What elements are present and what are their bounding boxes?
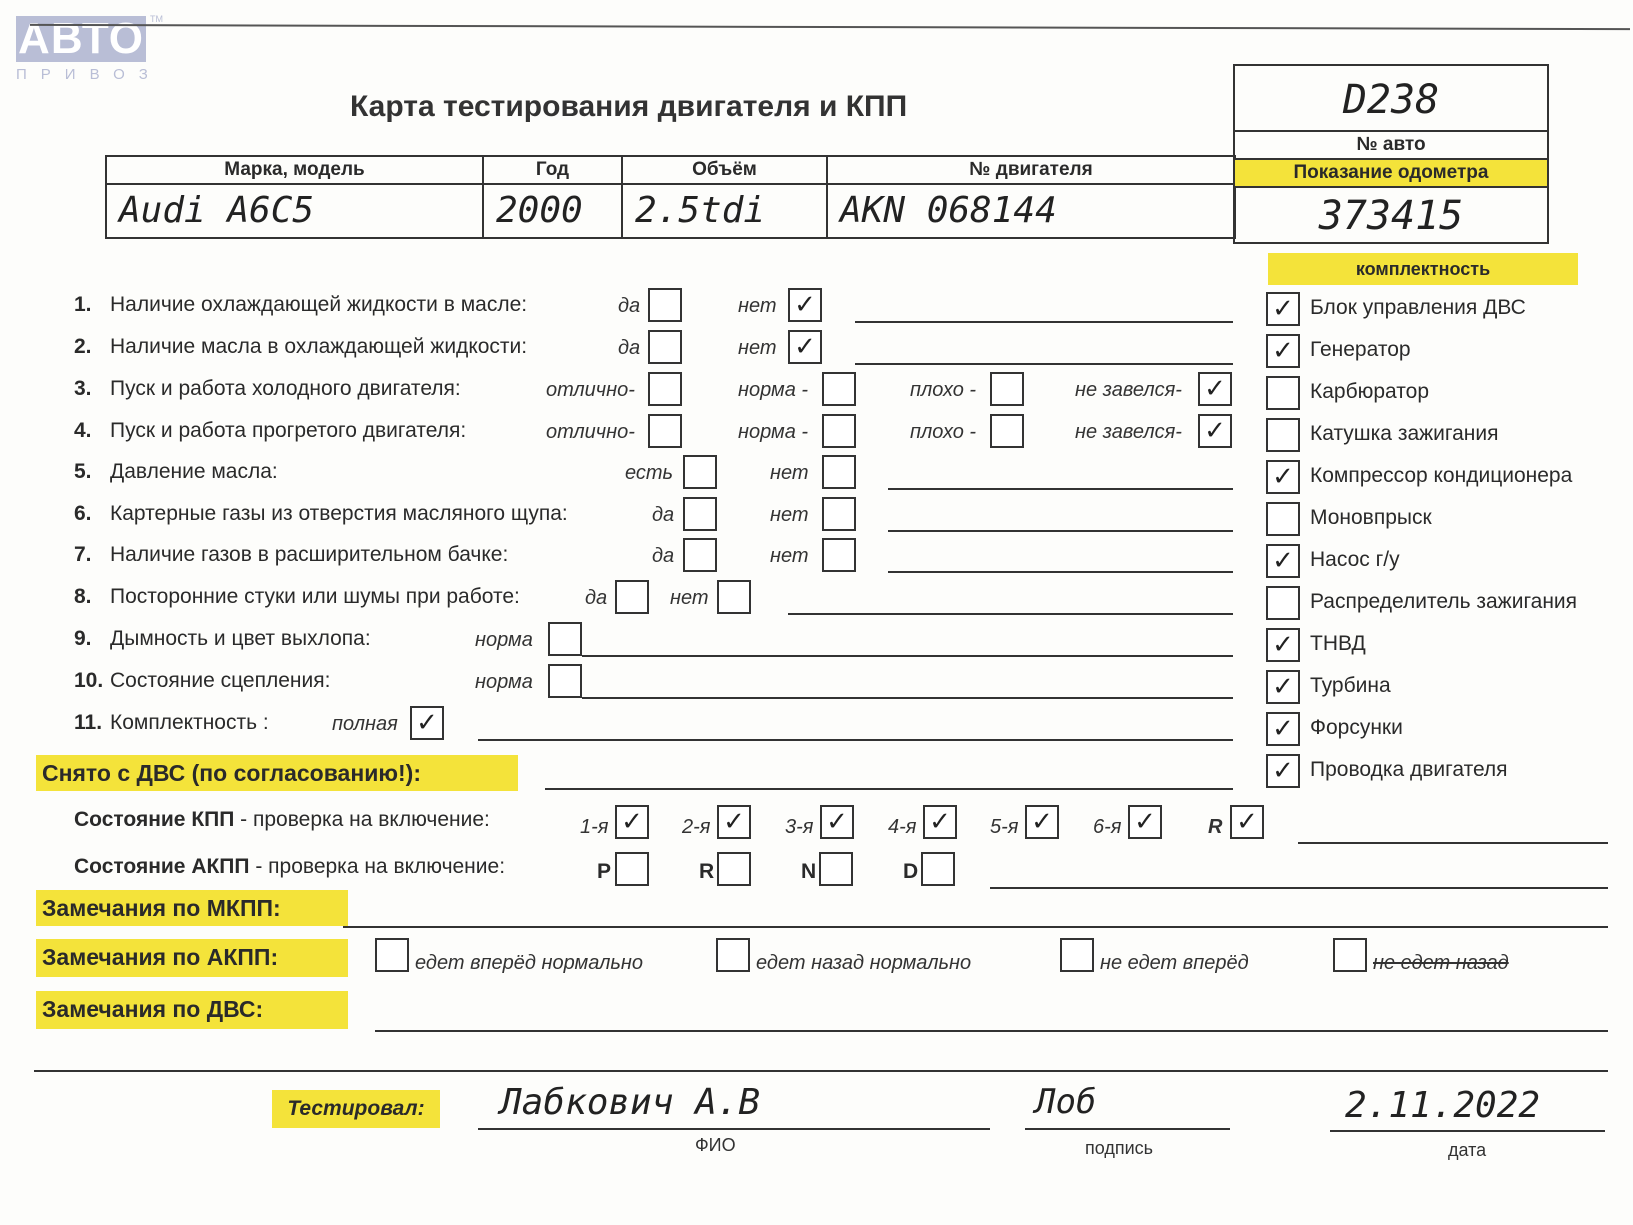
completeness-checkbox[interactable] bbox=[1266, 376, 1300, 410]
option-checkbox[interactable] bbox=[548, 664, 582, 698]
completeness-checkbox[interactable]: ✓ bbox=[1266, 334, 1300, 368]
gear-checkbox[interactable]: ✓ bbox=[923, 805, 957, 839]
option-label: не завелся- bbox=[1075, 379, 1182, 402]
completeness-item-label: Карбюратор bbox=[1310, 380, 1429, 404]
manual-remarks-label: Замечания по МКПП: bbox=[36, 890, 348, 926]
option-checkbox[interactable]: ✓ bbox=[1198, 372, 1232, 406]
extra-remarks-line[interactable] bbox=[34, 1070, 1608, 1072]
option-label: не завелся- bbox=[1075, 421, 1182, 444]
question-number: 10. bbox=[74, 669, 103, 693]
mode-checkbox[interactable] bbox=[819, 852, 853, 886]
gear-label: R bbox=[1208, 816, 1222, 839]
odometer-field[interactable]: 373415 bbox=[1235, 188, 1547, 244]
auto-gearbox-label-rest: - проверка на включение: bbox=[250, 855, 506, 878]
question-number: 5. bbox=[74, 460, 92, 484]
completeness-item-label: Моновпрыск bbox=[1310, 506, 1432, 530]
question-text: Пуск и работа холодного двигателя: bbox=[110, 377, 461, 401]
option-label: норма bbox=[475, 629, 533, 652]
completeness-checkbox[interactable] bbox=[1266, 418, 1300, 452]
gear-checkbox[interactable]: ✓ bbox=[1230, 805, 1264, 839]
option-checkbox[interactable] bbox=[822, 497, 856, 531]
completeness-checkbox[interactable]: ✓ bbox=[1266, 292, 1300, 326]
option-checkbox[interactable] bbox=[822, 414, 856, 448]
option-label: отлично- bbox=[546, 379, 635, 402]
manual-gearbox-line[interactable] bbox=[1298, 842, 1608, 844]
option-label: норма bbox=[475, 671, 533, 694]
signature-field[interactable]: Лоб bbox=[1035, 1082, 1096, 1122]
header-volume: Объём bbox=[623, 157, 826, 185]
question-notes-line[interactable] bbox=[888, 571, 1233, 573]
question-notes-line[interactable] bbox=[888, 530, 1233, 532]
option-checkbox[interactable] bbox=[990, 414, 1024, 448]
question-number: 1. bbox=[74, 293, 92, 317]
completeness-checkbox[interactable] bbox=[1266, 502, 1300, 536]
option-checkbox[interactable] bbox=[717, 580, 751, 614]
auto-remark-checkbox[interactable] bbox=[375, 938, 409, 972]
question-notes-line[interactable] bbox=[855, 363, 1233, 365]
removed-from-engine-label: Снято с ДВС (по согласованию!): bbox=[36, 755, 518, 791]
option-label: нет bbox=[770, 504, 809, 527]
removed-from-engine-line[interactable] bbox=[545, 788, 1233, 790]
completeness-item-label: Насос г/у bbox=[1310, 548, 1400, 572]
completeness-checkbox[interactable]: ✓ bbox=[1266, 544, 1300, 578]
tested-by-label: Тестировал: bbox=[272, 1090, 440, 1128]
question-notes-line[interactable] bbox=[582, 655, 1233, 657]
tester-name-caption: ФИО bbox=[695, 1135, 736, 1156]
option-label: плохо - bbox=[910, 379, 976, 402]
auto-remark-checkbox[interactable] bbox=[1333, 938, 1367, 972]
completeness-item-label: Проводка двигателя bbox=[1310, 758, 1508, 782]
gear-label: 2-я bbox=[682, 816, 710, 839]
option-checkbox[interactable] bbox=[683, 455, 717, 489]
manual-remarks-line[interactable] bbox=[343, 926, 1608, 928]
question-text: Наличие масла в охлаждающей жидкости: bbox=[110, 335, 527, 359]
completeness-item-label: ТНВД bbox=[1310, 632, 1366, 656]
mode-label: N bbox=[801, 860, 816, 884]
auto-remark-label: не едет назад bbox=[1373, 952, 1509, 975]
question-number: 11. bbox=[74, 711, 102, 735]
option-label: нет bbox=[770, 545, 809, 568]
option-label: норма - bbox=[738, 379, 808, 402]
header-engine-number: № двигателя bbox=[828, 157, 1234, 185]
col-engine-number: № двигателя AKN 068144 bbox=[828, 157, 1234, 237]
auto-remarks-label: Замечания по АКПП: bbox=[36, 939, 348, 977]
option-checkbox[interactable] bbox=[683, 497, 717, 531]
question-number: 9. bbox=[74, 627, 92, 651]
option-label: отлично- bbox=[546, 421, 635, 444]
completeness-item-label: Распределитель зажигания bbox=[1310, 590, 1577, 614]
option-label: да bbox=[652, 504, 674, 527]
option-checkbox[interactable] bbox=[822, 538, 856, 572]
engine-remarks-line[interactable] bbox=[375, 1030, 1608, 1032]
question-number: 2. bbox=[74, 335, 92, 359]
option-label: норма - bbox=[738, 421, 808, 444]
completeness-item-label: Катушка зажигания bbox=[1310, 422, 1498, 446]
question-number: 8. bbox=[74, 585, 92, 609]
question-notes-line[interactable] bbox=[888, 488, 1233, 490]
option-label: нет bbox=[738, 337, 777, 360]
mode-label: R bbox=[699, 860, 714, 884]
completeness-item-label: Форсунки bbox=[1310, 716, 1403, 740]
option-checkbox[interactable] bbox=[648, 288, 682, 322]
question-number: 4. bbox=[74, 419, 92, 443]
mode-checkbox[interactable] bbox=[921, 852, 955, 886]
question-notes-line[interactable] bbox=[788, 613, 1233, 615]
mode-label: D bbox=[903, 860, 918, 884]
option-label: нет bbox=[738, 295, 777, 318]
question-text: Наличие охлаждающей жидкости в масле: bbox=[110, 293, 527, 317]
option-checkbox[interactable] bbox=[648, 372, 682, 406]
question-notes-line[interactable] bbox=[478, 739, 1233, 741]
option-label: нет bbox=[770, 462, 809, 485]
auto-remark-label: не едет вперёд bbox=[1100, 952, 1249, 975]
completeness-header: комплектность bbox=[1268, 253, 1578, 285]
auto-remark-checkbox[interactable] bbox=[716, 938, 750, 972]
completeness-item-label: Блок управления ДВС bbox=[1310, 296, 1526, 320]
engine-remarks-label: Замечания по ДВС: bbox=[36, 991, 348, 1029]
manual-gearbox-label: Состояние КПП - проверка на включение: bbox=[74, 808, 490, 832]
question-text: Давление масла: bbox=[110, 460, 278, 484]
auto-info-box: D238 № авто Показание одометра 373415 bbox=[1233, 64, 1549, 244]
col-year: Год 2000 bbox=[484, 157, 623, 237]
mode-label: P bbox=[597, 860, 611, 884]
auto-gearbox-label: Состояние АКПП - проверка на включение: bbox=[74, 855, 505, 879]
option-checkbox[interactable] bbox=[615, 580, 649, 614]
option-checkbox[interactable]: ✓ bbox=[788, 288, 822, 322]
option-label: да bbox=[652, 545, 674, 568]
option-label: да bbox=[618, 295, 640, 318]
logo-subtitle: ПРИВОЗ bbox=[16, 66, 162, 83]
date-field[interactable]: 2.11.2022 bbox=[1345, 1085, 1540, 1126]
completeness-item-label: Компрессор кондиционера bbox=[1310, 464, 1572, 488]
option-checkbox[interactable] bbox=[648, 414, 682, 448]
question-text: Пуск и работа прогретого двигателя: bbox=[110, 419, 466, 443]
question-number: 3. bbox=[74, 377, 92, 401]
option-checkbox[interactable]: ✓ bbox=[1198, 414, 1232, 448]
question-text: Комплектность : bbox=[110, 711, 269, 735]
completeness-checkbox[interactable]: ✓ bbox=[1266, 754, 1300, 788]
gear-checkbox[interactable]: ✓ bbox=[1128, 805, 1162, 839]
gear-checkbox[interactable]: ✓ bbox=[1025, 805, 1059, 839]
question-text: Картерные газы из отверстия масляного щу… bbox=[110, 502, 568, 526]
signature-caption: подпись bbox=[1085, 1138, 1153, 1159]
logo-trademark: TM bbox=[150, 14, 163, 24]
header-year: Год bbox=[484, 157, 621, 185]
tester-name-field[interactable]: Лабкович А.В bbox=[500, 1082, 760, 1123]
option-checkbox[interactable]: ✓ bbox=[788, 330, 822, 364]
question-notes-line[interactable] bbox=[582, 697, 1233, 699]
date-line bbox=[1330, 1130, 1605, 1132]
question-number: 6. bbox=[74, 502, 92, 526]
option-checkbox[interactable] bbox=[683, 538, 717, 572]
completeness-item-label: Турбина bbox=[1310, 674, 1391, 698]
option-checkbox[interactable] bbox=[990, 372, 1024, 406]
completeness-item-label: Генератор bbox=[1310, 338, 1411, 362]
completeness-checkbox[interactable]: ✓ bbox=[1266, 460, 1300, 494]
question-text: Состояние сцепления: bbox=[110, 669, 330, 693]
question-notes-line[interactable] bbox=[855, 321, 1233, 323]
mode-checkbox[interactable] bbox=[615, 852, 649, 886]
auto-number-field[interactable]: D238 bbox=[1235, 66, 1547, 132]
completeness-checkbox[interactable]: ✓ bbox=[1266, 712, 1300, 746]
question-text: Посторонние стуки или шумы при работе: bbox=[110, 585, 520, 609]
gear-label: 6-я bbox=[1093, 816, 1121, 839]
option-label: да bbox=[585, 587, 607, 610]
question-text: Наличие газов в расширительном бачке: bbox=[110, 543, 508, 567]
top-divider bbox=[30, 24, 1630, 30]
logo: АВТО bbox=[16, 16, 146, 62]
question-number: 7. bbox=[74, 543, 92, 567]
option-checkbox[interactable]: ✓ bbox=[410, 706, 444, 740]
auto-gearbox-label-bold: Состояние АКПП bbox=[74, 855, 250, 878]
header-make-model: Марка, модель bbox=[107, 157, 482, 185]
option-label: есть bbox=[625, 462, 673, 485]
volume-field[interactable]: 2.5tdi bbox=[623, 185, 826, 237]
gear-checkbox[interactable]: ✓ bbox=[820, 805, 854, 839]
page-title: Карта тестирования двигателя и КПП bbox=[350, 90, 907, 124]
auto-remark-label: едет назад нормально bbox=[756, 952, 971, 975]
col-volume: Объём 2.5tdi bbox=[623, 157, 828, 237]
option-label: да bbox=[618, 337, 640, 360]
completeness-checkbox[interactable]: ✓ bbox=[1266, 670, 1300, 704]
option-checkbox[interactable] bbox=[822, 455, 856, 489]
engine-number-field[interactable]: AKN 068144 bbox=[828, 185, 1234, 237]
odometer-label: Показание одометра bbox=[1235, 160, 1547, 188]
gear-label: 3-я bbox=[785, 816, 813, 839]
year-field[interactable]: 2000 bbox=[484, 185, 621, 237]
option-label: полная bbox=[332, 713, 398, 736]
gear-label: 5-я bbox=[990, 816, 1018, 839]
gear-label: 4-я bbox=[888, 816, 916, 839]
manual-gearbox-label-rest: - проверка на включение: bbox=[234, 808, 490, 831]
tester-name-line bbox=[478, 1128, 990, 1130]
auto-number-label: № авто bbox=[1235, 132, 1547, 160]
date-caption: дата bbox=[1448, 1140, 1486, 1161]
logo-brand: АВТО bbox=[18, 14, 144, 63]
auto-remark-checkbox[interactable] bbox=[1060, 938, 1094, 972]
question-text: Дымность и цвет выхлопа: bbox=[110, 627, 371, 651]
gear-checkbox[interactable]: ✓ bbox=[615, 805, 649, 839]
signature-line bbox=[1025, 1128, 1230, 1130]
gear-checkbox[interactable]: ✓ bbox=[717, 805, 751, 839]
option-checkbox[interactable] bbox=[648, 330, 682, 364]
completeness-checkbox[interactable] bbox=[1266, 586, 1300, 620]
make-model-field[interactable]: Audi A6C5 bbox=[107, 185, 482, 237]
option-checkbox[interactable] bbox=[822, 372, 856, 406]
mode-checkbox[interactable] bbox=[717, 852, 751, 886]
auto-remark-label: едет вперёд нормально bbox=[415, 952, 643, 975]
vehicle-table: Марка, модель Audi A6C5 Год 2000 Объём 2… bbox=[105, 155, 1236, 239]
gear-label: 1-я bbox=[580, 816, 608, 839]
option-checkbox[interactable] bbox=[548, 622, 582, 656]
option-label: плохо - bbox=[910, 421, 976, 444]
col-make-model: Марка, модель Audi A6C5 bbox=[107, 157, 484, 237]
option-label: нет bbox=[670, 587, 709, 610]
completeness-checkbox[interactable]: ✓ bbox=[1266, 628, 1300, 662]
manual-gearbox-label-bold: Состояние КПП bbox=[74, 808, 234, 831]
auto-gearbox-line[interactable] bbox=[990, 887, 1608, 889]
